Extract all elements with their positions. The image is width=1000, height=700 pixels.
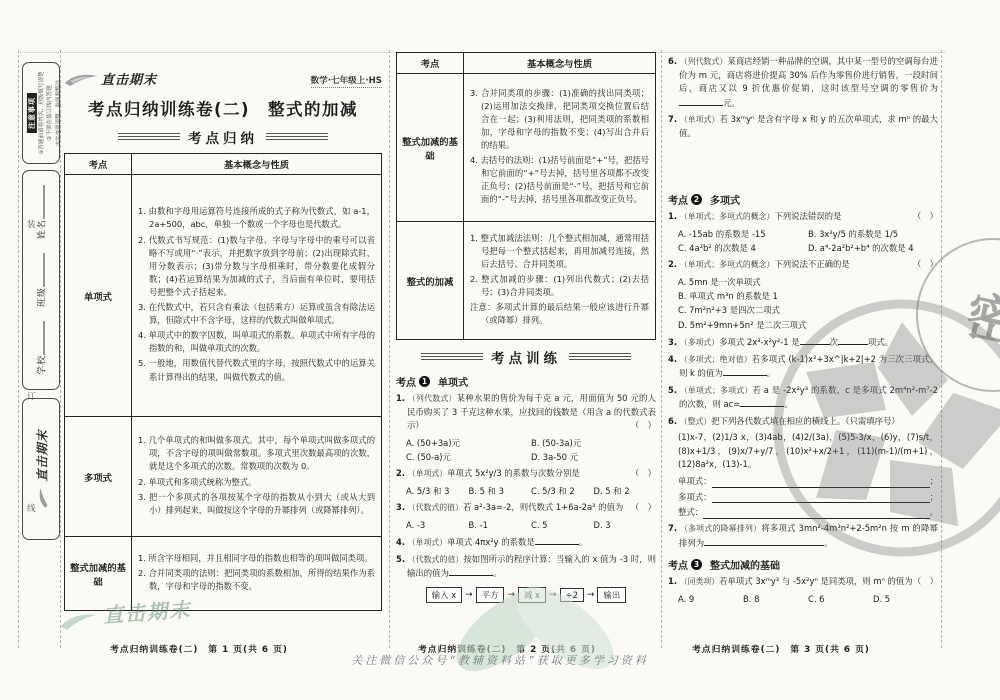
page-1: 直击期末 数学·七年级上·HS 考点归纳训练卷(二) 整式的加减 考点归纳 考点… [64,52,382,611]
option: B. (50-3a)元 [531,436,656,450]
program-flow-diagram: 输入 x→ 平方→ 减 x→ ÷2→ 输出 [396,587,656,603]
brand-name: 直击期末 [36,429,50,481]
question: 6. （列代数式）某商店经销一种品牌的空调，其中某一型号的空调每台进价为 m 元… [668,55,938,110]
fill-line: 整式：。 [678,507,938,519]
question: 2. （单项式）单项式 5x²y/3 的系数与次数分别是（ ） [396,467,656,481]
concept-item: 4. 单项式中的数字因数，叫单项式的系数。单项式中所有字母的指数的和，叫做单项式… [138,329,375,355]
notice-item: ①答题前请将姓名、班级填写清楚 [38,65,46,161]
question: 4. （多项式；绝对值）若多项式 (k-1)x²+3x^|k+2|+2 为三次三… [668,353,938,381]
banner-deco-left [421,353,483,362]
topic-number-badge: 2 [691,194,702,205]
concept-table-page2: 考点 基本概念与性质 整式加减的基础 3. 合并同类项的步骤：(1)准确的找出同… [396,52,656,340]
answer-blank [740,397,784,407]
question: 2. （单项式；多项式的概念）下列说法不正确的是（ ） [668,258,938,272]
answer-bracket: （ ） [642,419,656,432]
answer-bracket: （ ） [642,467,656,480]
concept-item: 5. 一般地，用数值代替代数式里的字母，按照代数式中的运算关系计算得出的结果，叫… [138,357,375,383]
answer-blank [838,335,868,345]
option: B. 单项式 m³n 的系数是 1 [678,289,938,303]
question: 3. （多项式）多项式 2x³-x²y²-1 是次项式。 [668,335,938,350]
option: C. 5 [531,518,594,532]
option: C. 7m²n²+3 是四次二项式 [678,303,938,317]
flow-step: 输入 x [426,587,462,603]
option: A. (50+3a)元 [406,436,531,450]
concept-item: 1. 整式加减法法则：几个整式相加减，通常用括号把每一个整式括起来，再用加减号连… [470,232,649,271]
option: B. 5 和 3 [469,484,532,498]
topic-number-badge: 3 [691,559,702,570]
table-col-header: 基本概念与性质 [132,154,382,175]
option: B. 8 [743,592,808,606]
class-field [36,253,45,287]
option: C. 5/3 和 2 [531,484,594,498]
option: C. (50-a)元 [406,450,531,464]
answer-line [712,478,930,488]
page-3: 6. （列代数式）某商店经销一种品牌的空调，其中某一型号的空调每台进价为 m 元… [668,52,938,608]
topic-number-badge: 1 [419,376,430,387]
table-row: 多项式 1. 几个单项式的和叫做多项式。其中，每个单项式叫做多项式的项，不含字母… [65,417,382,537]
question: 1. （同类项）若单项式 3xᵐy³ 与 -5x²yⁿ 是同类项，则 mⁿ 的值… [668,575,938,589]
option: C. 4a²b² 的次数是 4 [678,241,808,255]
row-label: 单项式 [65,175,132,417]
answer-blank [449,566,493,576]
question: 7. （多项式的降幂排列）将多项式 3mn²-4m³n²+2-5m²n 按 m … [668,522,938,550]
banner-deco-right [569,353,631,362]
answer-blank [723,366,767,376]
brand-name: 直击期末 [101,69,157,88]
notice-title: 注意事项 [27,93,37,133]
fill-line: 单项式：； [678,476,938,488]
answer-bracket: （ ） [642,501,656,514]
question: 1. （单项式；多项式的概念）下列说法错误的是（ ） [668,210,938,224]
answer-line [712,493,930,503]
question: 5. （单项式；多项式）若 a 是 -2x²y³ 的系数，c 是多项式 2m⁴n… [668,384,938,412]
option: D. 5 和 2 [594,484,657,498]
row-label: 整式加减的基础 [397,74,464,222]
option: A. 5mn 是一次单项式 [678,275,938,289]
flow-step: 减 x [518,587,546,603]
concept-item: 4. 去括号的法则：(1)括号前面是“+”号，把括号和它前面的“+”号去掉，括号… [470,154,649,206]
brand-logo: 直击期末 [64,69,157,88]
options: A. -3B. -1 C. 5D. 3 [406,518,656,532]
answer-blank [679,96,723,106]
concept-item: 1. 由数和字母用运算符号连接所成的式子称为代数式，如 a-1，2a+500，a… [138,205,375,231]
brand-swoosh-icon [58,608,99,631]
option: C. 6 [808,592,873,606]
option: A. -15ab 的系数是 -15 [678,227,808,241]
topic-heading-3: 考点3整式加减的基础 [668,557,938,572]
section-banner-kaodian-xunlian: 考点训练 [396,347,656,367]
question: 5. （代数式的值）按如图所示的程序计算：当输入的 x 值为 -3 时，则输出的… [396,553,656,581]
option: D. 3a-50 元 [531,450,656,464]
row-label: 多项式 [65,417,132,537]
answer-blank [800,335,830,345]
concept-item: 注意：多项式计算的最后结果一般应该进行升幂（或降幂）排列。 [470,301,649,327]
brand-swoosh-icon [36,487,48,509]
question: 4. （单项式）单项式 4πx²y 的系数是。 [396,535,656,550]
answer-blank [704,536,824,546]
brand-swoosh-icon [64,71,98,87]
table-col-header: 考点 [397,53,464,74]
notice-box: 注意事项 ①答题前请将姓名、班级填写清楚 ②不要在装订线内答题 ③字迹要清楚，卷… [22,62,60,164]
brand-box-vertical: 直击期末 [22,398,60,540]
notice-item: ②不要在装订线内答题 [46,65,54,161]
option: A. -3 [406,518,469,532]
fill-line: 多项式：； [678,492,938,504]
flow-step: 平方 [476,587,505,603]
edition-label: 数学·七年级上·HS [311,74,382,88]
option: D. 3 [594,518,657,532]
school-field [36,321,45,355]
student-info-box: 学校 班级 姓名 [22,170,60,390]
concept-item: 3. 把一个多项式的各项按某个字母的指数从小到大（或从大到小）排列起来，叫做按这… [138,491,375,517]
options: A. 9B. 8 C. 6D. 5 [678,592,938,606]
answer-line [703,509,930,519]
options: A. 5/3 和 3B. 5 和 3 C. 5/3 和 2D. 5 和 2 [406,484,656,498]
concept-item: 3. 在代数式中，若只含有乘法（包括乘方）运算或虽含有除法运算，但除式中不含字母… [138,301,375,327]
option: D. 5m²+9mn+5n² 是二次三项式 [678,318,938,332]
concept-item: 2. 代数式书写规范：(1)数与字母、字母与字母中的乘号可以省略不写或用“·”表… [138,234,375,299]
table-col-header: 基本概念与性质 [464,53,656,74]
topic-heading-1: 考点1单项式 [396,374,656,389]
concept-item: 2. 合并同类项的法则：把同类项的系数相加，所得的结果作为系数，字母和字母的指数… [138,567,375,593]
flow-arrow: → [587,590,595,600]
answer-bracket: （ ） [924,210,938,223]
flow-arrow: → [465,590,473,600]
concept-item: 3. 合并同类项的步骤：(1)准确的找出同类项；(2)运用加法交换律，把同类项交… [470,87,649,152]
page-2: 考点 基本概念与性质 整式加减的基础 3. 合并同类项的步骤：(1)准确的找出同… [396,52,656,603]
banner-deco-right [266,133,328,142]
table-row: 整式的加减 1. 整式加减法法则：几个整式相加减，通常用括号把每一个整式括起来，… [397,222,656,340]
concept-item: 2. 整式加减的步骤：(1)列出代数式；(2)去括号；(3)合并同类项。 [470,273,649,299]
flow-step: 输出 [597,587,626,603]
concept-item: 1. 所含字母相同，并且相同字母的指数也相等的项叫做同类项。 [138,552,375,565]
name-field [36,185,45,219]
table-row: 单项式 1. 由数和字母用运算符号连接所成的式子称为代数式，如 a-1，2a+5… [65,175,382,417]
answer-bracket: （ ） [924,575,938,588]
table-row: 整式加减的基础 3. 合并同类项的步骤：(1)准确的找出同类项；(2)运用加法交… [397,74,656,222]
table-col-header: 考点 [65,154,132,175]
question: 3. （代数式的值）若 a²-3a=-2，则代数式 1+6a-2a² 的值为（ … [396,501,656,515]
options: A. -15ab 的系数是 -15B. 3x²y/5 的系数是 1/5 C. 4… [678,227,938,256]
options: A. 5mn 是一次单项式 B. 单项式 m³n 的系数是 1 C. 7m²n²… [678,275,938,332]
concept-item: 2. 单项式和多项式统称为整式。 [138,476,375,489]
school-label: 学校 [38,355,48,375]
expression-list: (1)x-7，(2)1/3 x，(3)4ab，(4)2/(3a)，(5)5-3/… [668,431,938,471]
question: 6. （整式）把下列各代数式填在相应的横线上。（只需填序号） [668,415,938,429]
notice-item: ③字迹要清楚，卷面要整洁 [55,65,63,161]
option: B. -1 [469,518,532,532]
page-separator-2 [661,50,662,648]
row-label: 整式的加减 [397,222,464,340]
concept-item: 1. 几个单项式的和叫做多项式。其中，每个单项式叫做多项式的项，不含字母的项叫做… [138,434,375,473]
answer-blank [535,535,579,545]
wechat-note: 关注微信公众号“教辅资料站”获取更多学习资料 [0,652,1000,668]
option: A. 9 [678,592,743,606]
option: D. 5 [873,592,938,606]
options: A. (50+3a)元B. (50-3a)元 C. (50-a)元D. 3a-5… [406,436,656,465]
section-banner-kaodian-guina: 考点归纳 [64,127,382,147]
page-separator-1 [389,50,390,648]
flow-arrow: → [507,590,515,600]
flow-step: ÷2 [560,588,584,602]
option: B. 3x²y/5 的系数是 1/5 [808,227,938,241]
flow-arrow: → [549,590,557,600]
question: 1. （列代数式）某种水果的售价为每千克 a 元，用面值为 50 元的人民币购买… [396,392,656,433]
topic-heading-2: 考点2多项式 [668,192,938,207]
name-label: 姓名 [38,219,48,239]
paper-title: 考点归纳训练卷(二) 整式的加减 [64,96,382,120]
class-label: 班级 [38,287,48,307]
banner-deco-left [118,133,180,142]
option: A. 5/3 和 3 [406,484,469,498]
option: D. a⁴-2a²b²+b⁴ 的次数是 4 [808,241,938,255]
concept-table-page1: 考点 基本概念与性质 单项式 1. 由数和字母用运算符号连接所成的式子称为代数式… [64,153,382,611]
question: 7. （单项式）若 3xᵐyⁿ 是含有字母 x 和 y 的五次单项式，求 mⁿ … [668,113,938,140]
